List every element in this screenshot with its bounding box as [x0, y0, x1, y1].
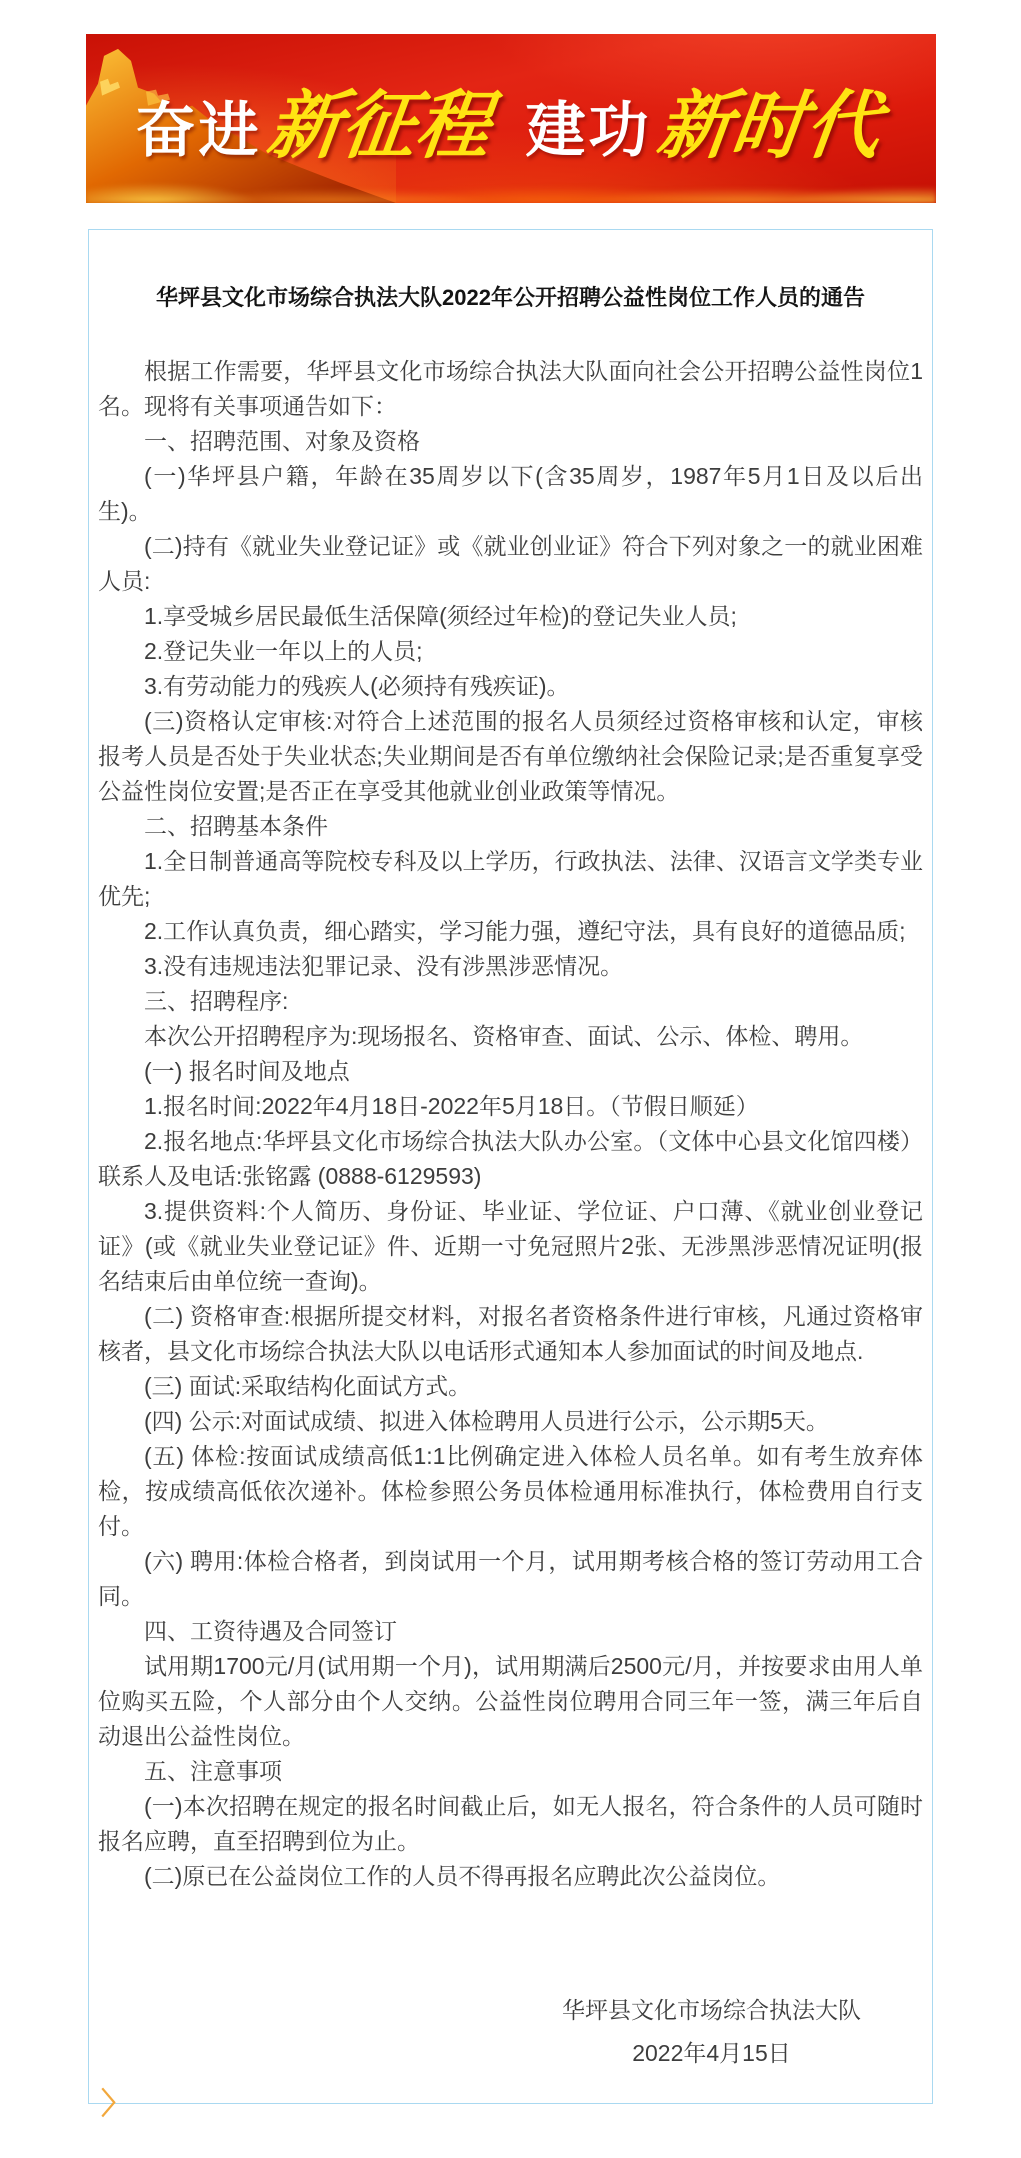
paragraph: (二)原已在公益岗位工作的人员不得再报名应聘此次公益岗位。 [98, 1859, 923, 1894]
expand-chevron-icon[interactable]: 〉 [101, 2090, 131, 2120]
paragraph: (五) 体检:按面试成绩高低1:1比例确定进入体检人员名单。如有考生放弃体检，按… [98, 1439, 923, 1544]
signature-block: 华坪县文化市场综合执法大队 2022年4月15日 [562, 1989, 861, 2075]
signature-date: 2022年4月15日 [562, 2032, 861, 2075]
signature-unit: 华坪县文化市场综合执法大队 [562, 1989, 861, 2032]
paragraph: (二) 资格审查:根据所提交材料，对报名者资格条件进行审核，凡通过资格审核者，县… [98, 1299, 923, 1369]
paragraph: 3.没有违规违法犯罪记录、没有涉黑涉恶情况。 [98, 949, 923, 984]
paragraph: (三)资格认定审核:对符合上述范围的报名人员须经过资格审核和认定，审核报考人员是… [98, 704, 923, 809]
document-body: 根据工作需要，华坪县文化市场综合执法大队面向社会公开招聘公益性岗位1名。现将有关… [98, 354, 923, 1894]
paragraph: 五、注意事项 [98, 1754, 923, 1789]
page-title: 华坪县文化市场综合执法大队2022年公开招聘公益性岗位工作人员的通告 [118, 282, 903, 314]
paragraph: 2.报名地点:华坪县文化市场综合执法大队办公室。（文体中心县文化馆四楼） 联系人… [98, 1124, 923, 1194]
banner-text-fenjin: 奋进 [136, 83, 262, 169]
banner-image: 奋进新征程建功新时代 [86, 34, 936, 203]
announcement-card: 华坪县文化市场综合执法大队2022年公开招聘公益性岗位工作人员的通告 根据工作需… [88, 229, 933, 2104]
paragraph: (四) 公示:对面试成绩、拟进入体检聘用人员进行公示，公示期5天。 [98, 1404, 923, 1439]
paragraph: (六) 聘用:体检合格者，到岗试用一个月，试用期考核合格的签订劳动用工合同。 [98, 1544, 923, 1614]
paragraph: (一)华坪县户籍，年龄在35周岁以下(含35周岁，1987年5月1日及以后出生)… [98, 459, 923, 529]
paragraph: 2.工作认真负责，细心踏实，学习能力强，遵纪守法，具有良好的道德品质; [98, 914, 923, 949]
paragraph: 本次公开招聘程序为:现场报名、资格审查、面试、公示、体检、聘用。 [98, 1019, 923, 1054]
paragraph: 3.提供资料:个人简历、身份证、毕业证、学位证、户口薄、《就业创业登记证》(或《… [98, 1194, 923, 1299]
banner-text-jiangong: 建功 [526, 83, 652, 169]
paragraph: 2.登记失业一年以上的人员; [98, 634, 923, 669]
paragraph: 1.享受城乡居民最低生活保障(须经过年检)的登记失业人员; [98, 599, 923, 634]
banner-text-xinshidai: 新时代 [653, 89, 884, 163]
paragraph: 四、工资待遇及合同签订 [98, 1614, 923, 1649]
paragraph: 二、招聘基本条件 [98, 809, 923, 844]
paragraph: 根据工作需要，华坪县文化市场综合执法大队面向社会公开招聘公益性岗位1名。现将有关… [98, 354, 923, 424]
paragraph: 试用期1700元/月(试用期一个月)，试用期满后2500元/月，并按要求由用人单… [98, 1649, 923, 1754]
paragraph: (一)本次招聘在规定的报名时间截止后，如无人报名，符合条件的人员可随时报名应聘，… [98, 1789, 923, 1859]
banner-text-xinzhengcheng: 新征程 [263, 89, 494, 163]
paragraph: 3.有劳动能力的残疾人(必须持有残疾证)。 [98, 669, 923, 704]
paragraph: 一、招聘范围、对象及资格 [98, 424, 923, 459]
paragraph: (一) 报名时间及地点 [98, 1054, 923, 1089]
paragraph: (三) 面试:采取结构化面试方式。 [98, 1369, 923, 1404]
paragraph: (二)持有《就业失业登记证》或《就业创业证》符合下列对象之一的就业困难人员: [98, 529, 923, 599]
banner-slogan: 奋进新征程建功新时代 [86, 34, 936, 203]
paragraph: 1.全日制普通高等院校专科及以上学历，行政执法、法律、汉语言文学类专业优先; [98, 844, 923, 914]
paragraph: 1.报名时间:2022年4月18日-2022年5月18日。（节假日顺延） [98, 1089, 923, 1124]
paragraph: 三、招聘程序: [98, 984, 923, 1019]
